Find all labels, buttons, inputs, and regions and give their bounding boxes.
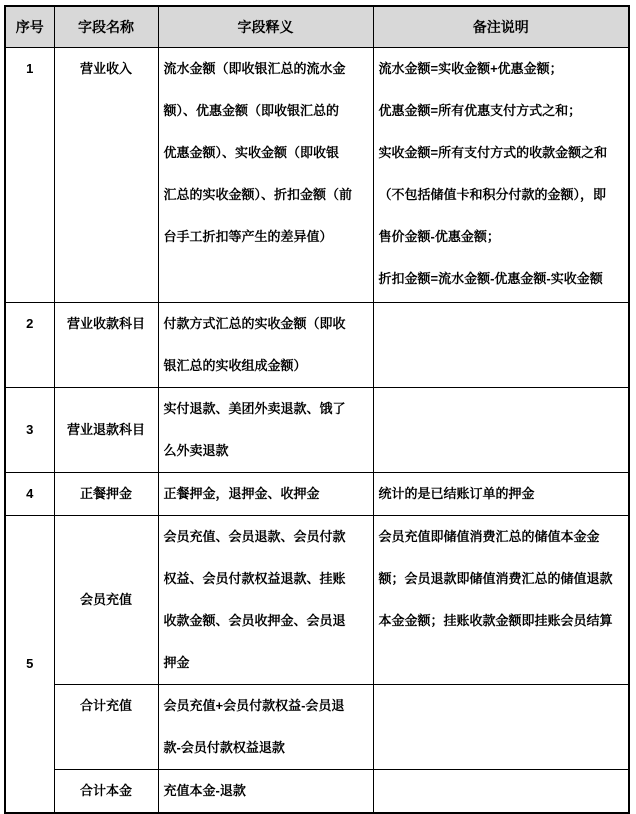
document-page: 序号 字段名称 字段释义 备注说明 1 营业收入 流水金额（即收银汇总的流水金 … (0, 0, 636, 814)
cell-seq-no-merged: 5 (5, 515, 54, 813)
cell-seq-no: 1 (5, 47, 54, 302)
cell-seq-no: 3 (5, 387, 54, 472)
cell-field-name: 营业收入 (54, 47, 158, 302)
cell-field-definition: 会员充值、会员退款、会员付款 权益、会员付款权益退款、挂账 收款金额、会员收押金… (158, 515, 373, 684)
header-field-definition: 字段释义 (158, 6, 373, 47)
table-row-revenue: 1 营业收入 流水金额（即收银汇总的流水金 额）、优惠金额（即收银汇总的 优惠金… (5, 47, 629, 302)
cell-field-name: 会员充值 (54, 515, 158, 684)
cell-remark: 统计的是已结账订单的押金 (373, 472, 629, 515)
cell-field-name: 合计充值 (54, 684, 158, 769)
header-field-name: 字段名称 (54, 6, 158, 47)
cell-remark: 流水金额=实收金额+优惠金额； 优惠金额=所有优惠支付方式之和； 实收金额=所有… (373, 47, 629, 302)
header-row: 序号 字段名称 字段释义 备注说明 (5, 6, 629, 47)
cell-remark (373, 684, 629, 769)
header-remark: 备注说明 (373, 6, 629, 47)
cell-field-definition: 流水金额（即收银汇总的流水金 额）、优惠金额（即收银汇总的 优惠金额）、实收金额… (158, 47, 373, 302)
header-seq-no: 序号 (5, 6, 54, 47)
cell-remark: 会员充值即储值消费汇总的储值本金金 额；会员退款即储值消费汇总的储值退款 本金金… (373, 515, 629, 684)
cell-field-definition: 正餐押金，退押金、收押金 (158, 472, 373, 515)
cell-field-definition: 实付退款、美团外卖退款、饿了 么外卖退款 (158, 387, 373, 472)
cell-seq-no: 4 (5, 472, 54, 515)
cell-remark (373, 387, 629, 472)
cell-field-name: 营业退款科目 (54, 387, 158, 472)
cell-field-name: 正餐押金 (54, 472, 158, 515)
cell-field-name: 营业收款科目 (54, 302, 158, 387)
cell-remark (373, 302, 629, 387)
cell-field-definition: 会员充值+会员付款权益-会员退 款-会员付款权益退款 (158, 684, 373, 769)
table-row-member-recharge: 5 会员充值 会员充值、会员退款、会员付款 权益、会员付款权益退款、挂账 收款金… (5, 515, 629, 684)
table-row-total-recharge: 合计充值 会员充值+会员付款权益-会员退 款-会员付款权益退款 (5, 684, 629, 769)
field-definition-table: 序号 字段名称 字段释义 备注说明 1 营业收入 流水金额（即收银汇总的流水金 … (4, 5, 630, 814)
table-row-receipt-subjects: 2 营业收款科目 付款方式汇总的实收金额（即收 银汇总的实收组成金额） (5, 302, 629, 387)
cell-field-definition: 付款方式汇总的实收金额（即收 银汇总的实收组成金额） (158, 302, 373, 387)
table-row-refund-subjects: 3 营业退款科目 实付退款、美团外卖退款、饿了 么外卖退款 (5, 387, 629, 472)
cell-seq-no: 2 (5, 302, 54, 387)
table-row-dinner-deposit: 4 正餐押金 正餐押金，退押金、收押金 统计的是已结账订单的押金 (5, 472, 629, 515)
